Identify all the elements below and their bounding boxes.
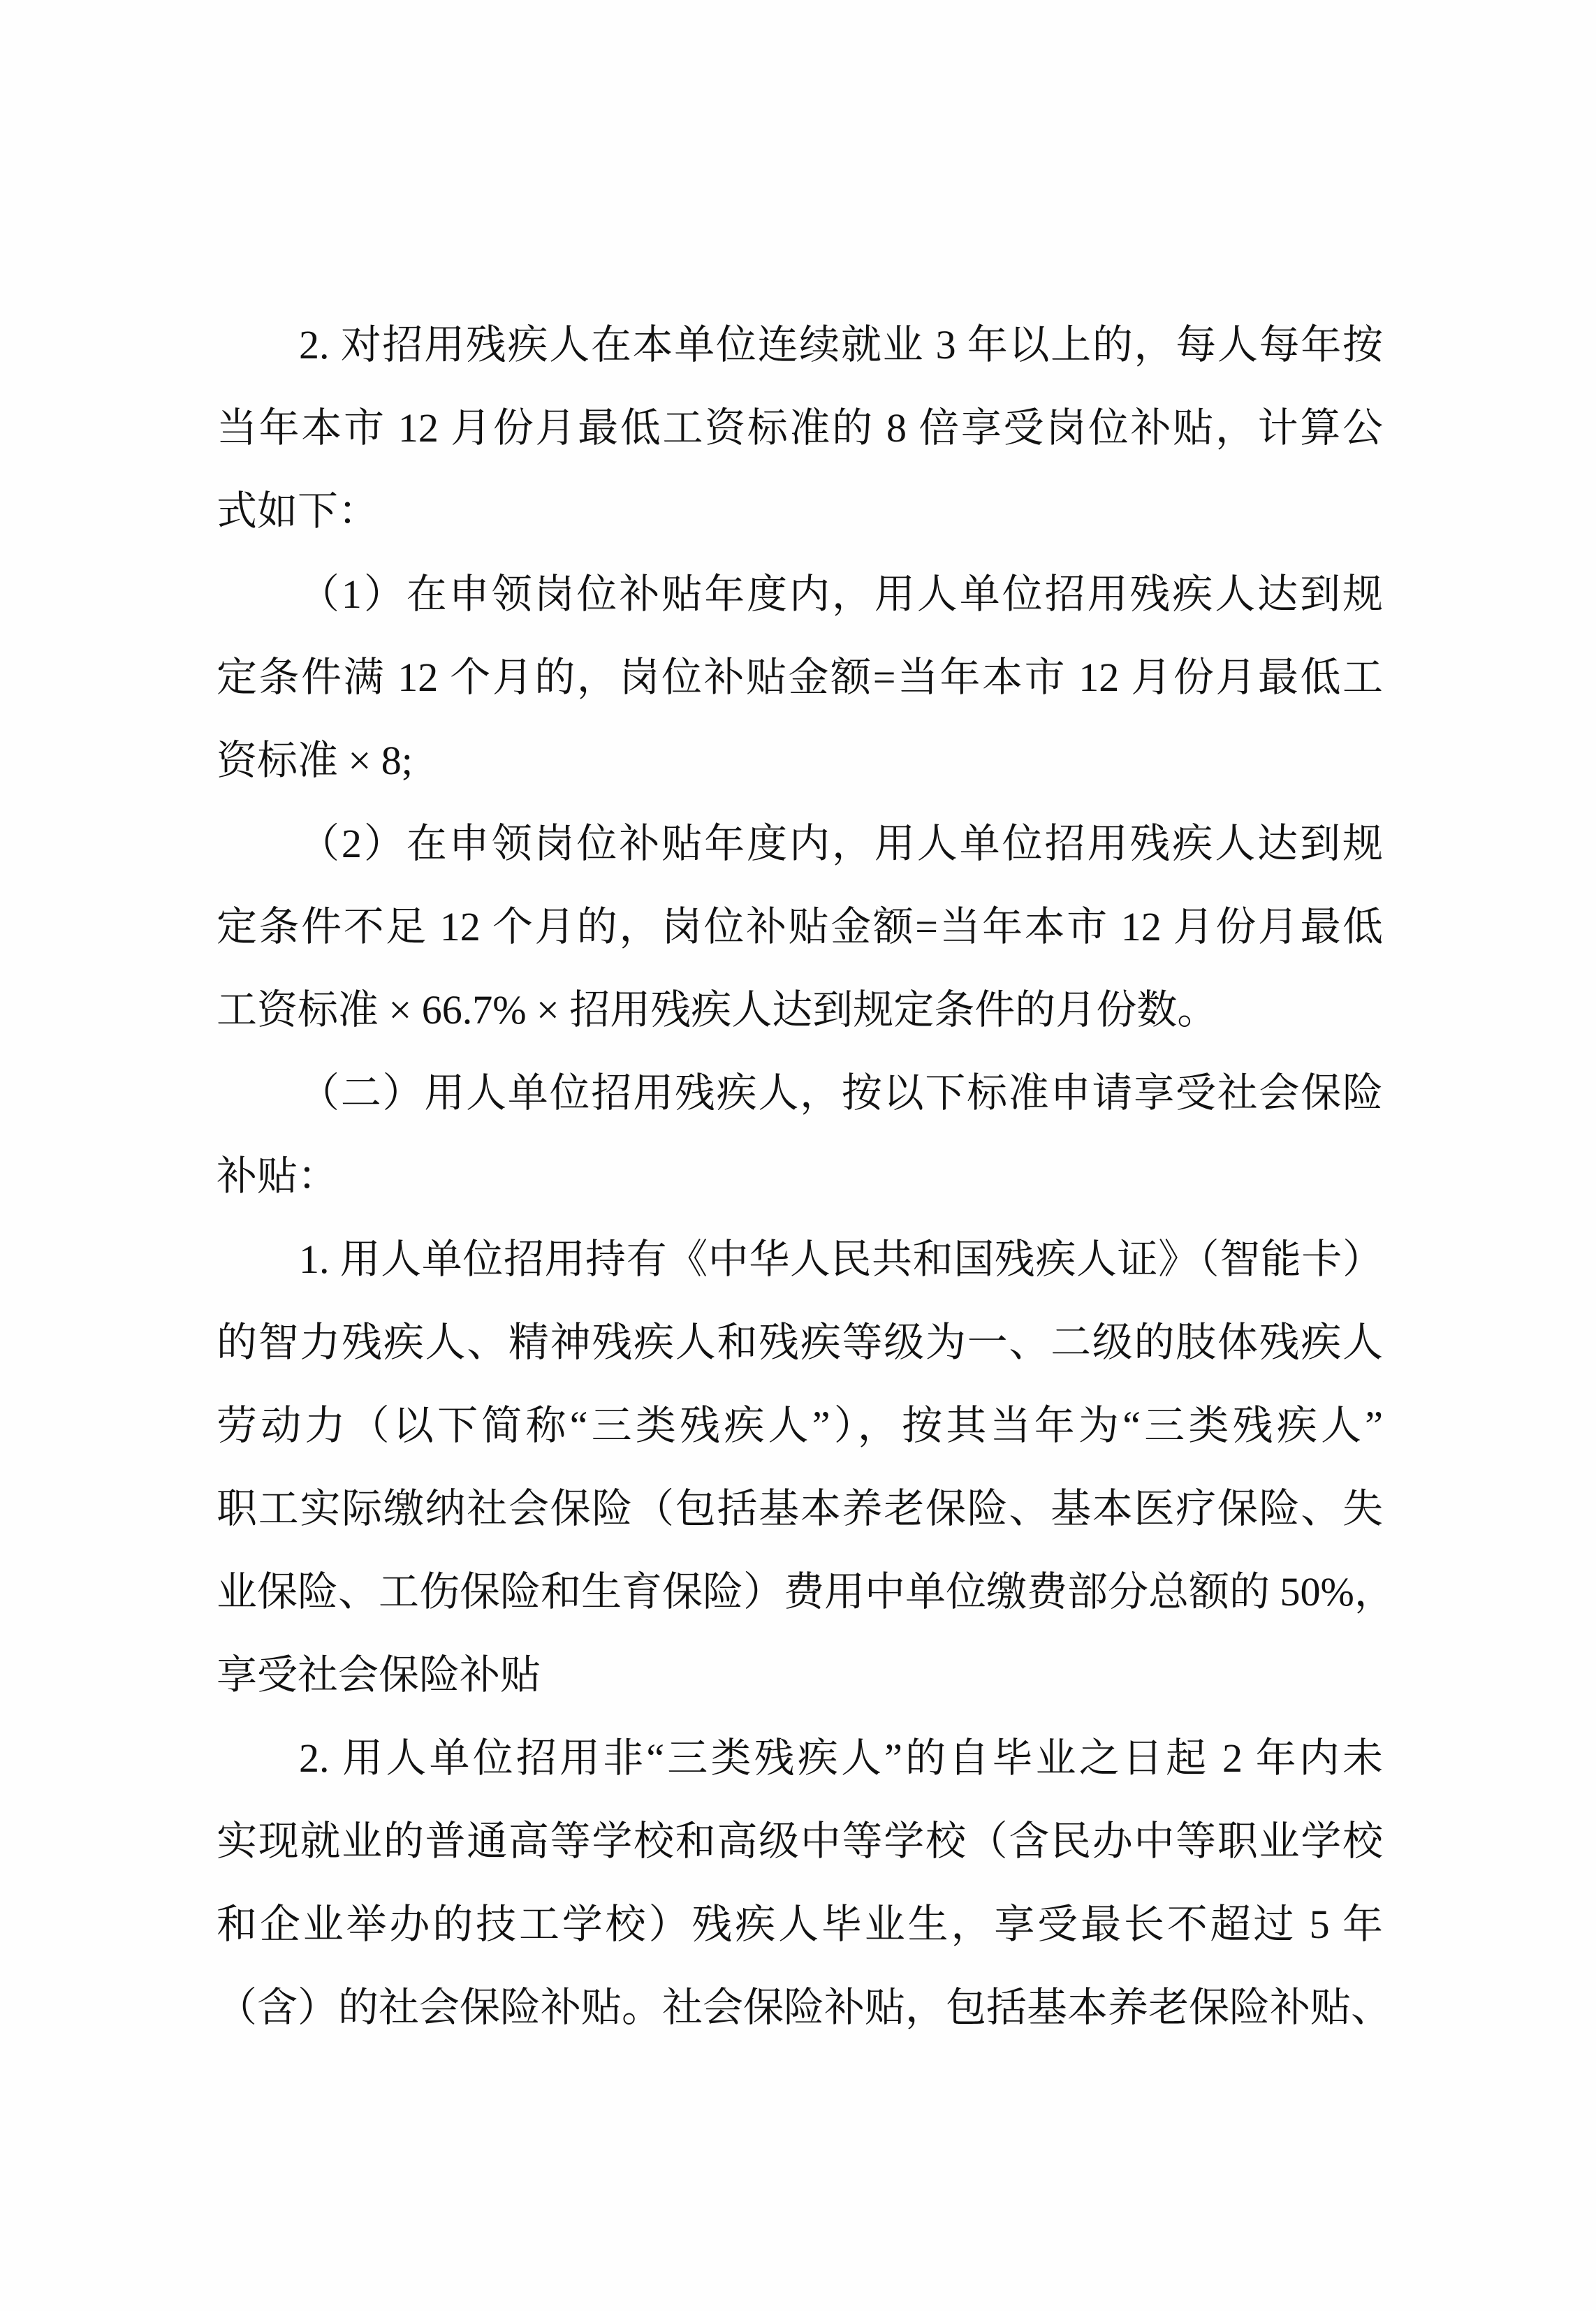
text-line: 的智力残疾人、精神残疾人和残疾等级为一、二级的肢体残疾人 [217,1301,1383,1384]
text-line: （1）在申领岗位补贴年度内，用人单位招用残疾人达到规 [217,553,1383,636]
text-line: （二）用人单位招用残疾人，按以下标准申请享受社会保险 [217,1051,1383,1135]
text-line: 定条件满 12 个月的，岗位补贴金额=当年本市 12 月份月最低工 [217,636,1383,719]
text-line: 资标准 × 8; [217,719,1383,802]
text-line: 当年本市 12 月份月最低工资标准的 8 倍享受岗位补贴，计算公 [217,386,1383,469]
text-line: 1. 用人单位招用持有《中华人民共和国残疾人证》（智能卡） [217,1218,1383,1301]
text-line: 和企业举办的技工学校）残疾人毕业生，享受最长不超过 5 年 [217,1883,1383,1966]
text-line: （2）在申领岗位补贴年度内，用人单位招用残疾人达到规 [217,802,1383,885]
text-line: （含）的社会保险补贴。社会保险补贴，包括基本养老保险补贴、 [217,1966,1383,2049]
text-line: 式如下： [217,469,1383,553]
text-line: 劳动力（以下简称“三类残疾人”），按其当年为“三类残疾人” [217,1384,1383,1467]
text-line: 职工实际缴纳社会保险（包括基本养老保险、基本医疗保险、失 [217,1467,1383,1550]
text-line: 2. 对招用残疾人在本单位连续就业 3 年以上的，每人每年按 [217,303,1383,386]
document-body: 2. 对招用残疾人在本单位连续就业 3 年以上的，每人每年按 当年本市 12 月… [217,303,1383,2049]
text-line: 业保险、工伤保险和生育保险）费用中单位缴费部分总额的 50%， [217,1550,1383,1633]
document-page: 2. 对招用残疾人在本单位连续就业 3 年以上的，每人每年按 当年本市 12 月… [0,0,1596,2311]
text-line: 补贴： [217,1135,1383,1218]
text-line: 工资标准 × 66.7% × 招用残疾人达到规定条件的月份数。 [217,968,1383,1051]
text-line: 定条件不足 12 个月的，岗位补贴金额=当年本市 12 月份月最低 [217,885,1383,968]
text-line: 享受社会保险补贴 [217,1633,1383,1716]
text-line: 2. 用人单位招用非“三类残疾人”的自毕业之日起 2 年内未 [217,1716,1383,1800]
text-line: 实现就业的普通高等学校和高级中等学校（含民办中等职业学校 [217,1800,1383,1883]
